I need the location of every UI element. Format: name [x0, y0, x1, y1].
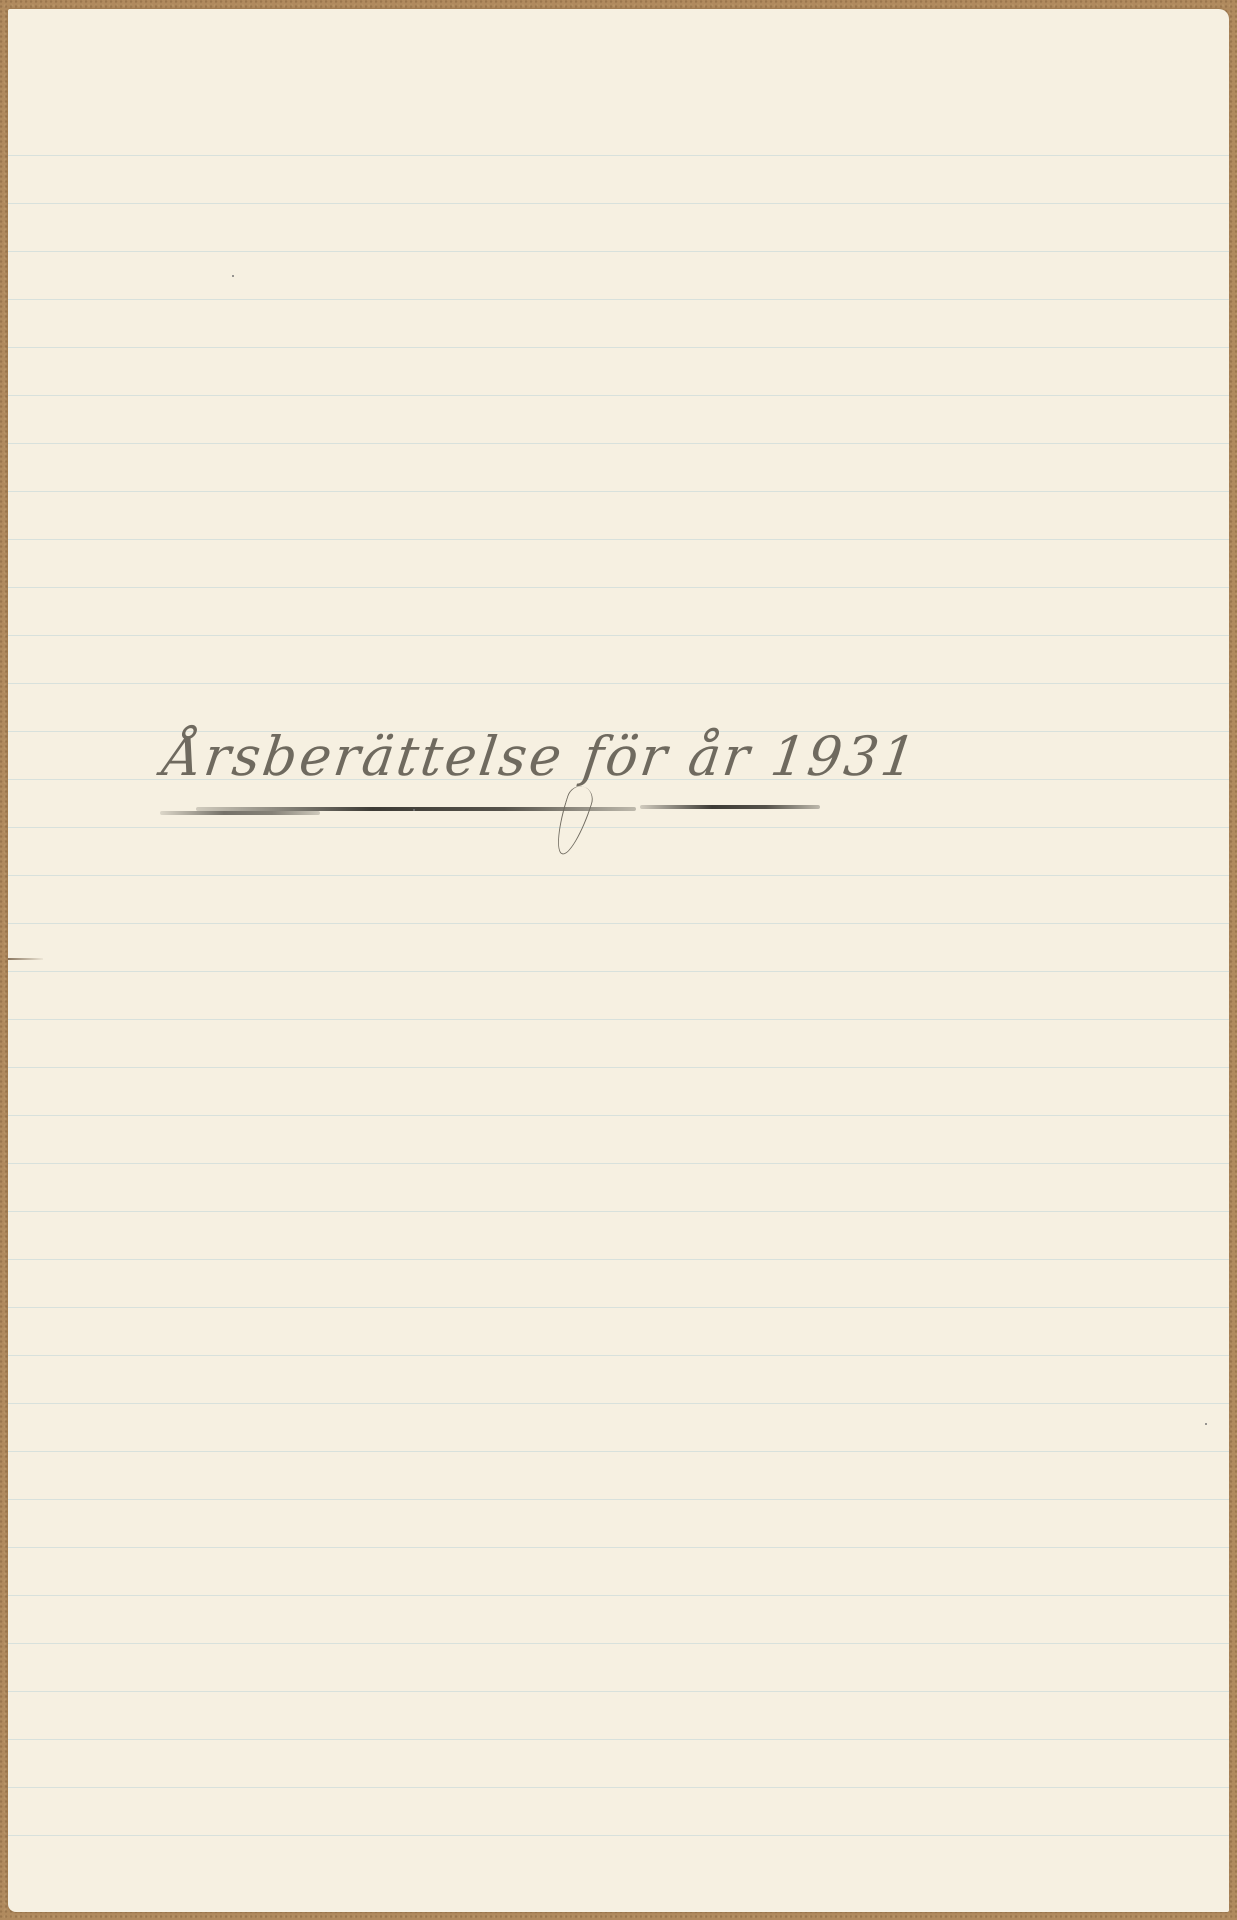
ruled-line: [8, 1595, 1229, 1596]
ruled-line: [8, 491, 1229, 492]
ruled-line: [8, 1787, 1229, 1788]
ruled-line: [8, 635, 1229, 636]
ink-speck: [413, 809, 415, 811]
f-descender-stroke: [550, 783, 597, 859]
ruled-line: [8, 587, 1229, 588]
ruled-line: [8, 443, 1229, 444]
ruled-line: [8, 1355, 1229, 1356]
ruled-line: [8, 1211, 1229, 1212]
ruled-line: [8, 1403, 1229, 1404]
ruled-line: [8, 1547, 1229, 1548]
ruled-line: [8, 1835, 1229, 1836]
handwritten-title-block: Årsberättelse för år 1931: [150, 715, 840, 855]
ruled-line: [8, 347, 1229, 348]
ruled-line: [8, 155, 1229, 156]
paper-sheet: Årsberättelse för år 1931: [8, 9, 1229, 1912]
ink-speck: [232, 275, 234, 277]
ruled-line: [8, 1307, 1229, 1308]
ruled-line: [8, 1643, 1229, 1644]
title-underline-3: [640, 805, 820, 809]
handwritten-title: Årsberättelse för år 1931: [159, 725, 922, 788]
ruled-line: [8, 395, 1229, 396]
ruled-line: [8, 1259, 1229, 1260]
ruled-line: [8, 875, 1229, 876]
ruled-line: [8, 1115, 1229, 1116]
ruled-line: [8, 1739, 1229, 1740]
ruled-line: [8, 251, 1229, 252]
ruled-line: [8, 203, 1229, 204]
ruled-line: [8, 1163, 1229, 1164]
ruled-line: [8, 923, 1229, 924]
ruled-line: [8, 1691, 1229, 1692]
ruled-line: [8, 299, 1229, 300]
ruled-line: [8, 1019, 1229, 1020]
ruled-line: [8, 1451, 1229, 1452]
ruled-line: [8, 683, 1229, 684]
ruled-line: [8, 539, 1229, 540]
ruled-line: [8, 1067, 1229, 1068]
ink-speck: [1205, 1423, 1207, 1425]
paper-tear-mark: [8, 958, 43, 960]
ruled-line: [8, 1499, 1229, 1500]
title-underline-2: [160, 811, 320, 815]
ruled-line: [8, 971, 1229, 972]
